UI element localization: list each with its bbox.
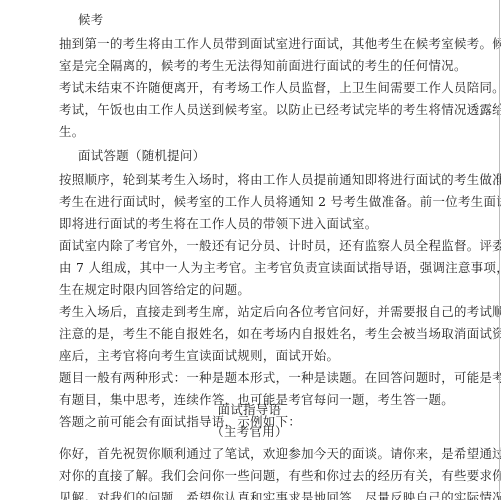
text-line: 考生在进行面试时，候考室的工作人员将通知 2 号考生做准备。前一位考生面试完毕之… <box>59 194 501 210</box>
text-line: 你好，首先祝贺你顺利通过了笔试，欢迎参加今天的面谈。请你来，是希望通过交谈，增进 <box>59 446 501 462</box>
text-line: 室是完全隔离的，候考的考生无法得知前面进行面试的考生的任何情况。 <box>59 58 467 74</box>
text-line: 即将进行面试的考生将在工作人员的带领下进入面试室。 <box>59 216 378 232</box>
text-line: 见解。对我们的问题，希望你认真和实事求是地回答，尽量反映自己的实际情况、真实想法… <box>59 490 501 500</box>
heading-interview: 面试答题（随机提问） <box>78 148 205 164</box>
text-line: 注意的是，考生不能自报姓名，如在考场内自报姓名，考生会被当场取消面试资格。考生落 <box>59 326 501 342</box>
text-line: 题目一般有两种形式：一种是题本形式，一种是读题。在回答问题时，可能是考生先看完所 <box>59 370 501 386</box>
text-line: 考试未结束不许随便离开，有考场工作人员监督，上卫生间需要工作人员陪同。如排在下午 <box>59 80 501 96</box>
text-line: 考试，午饭也由工作人员送到候考室。以防止已经考试完毕的考生将情况透露给未考试的考 <box>59 102 501 118</box>
text-line: 生在规定时限内回答给定的问题。 <box>59 282 250 298</box>
text-line: 生。 <box>59 124 84 140</box>
guide-subtitle: （主考官用） <box>0 424 499 440</box>
text-line: 由 7 人组成，其中一人为主考官。主考官负责宣读面试指导语，强调注意事项，提问等… <box>59 260 501 276</box>
text-line: 座后，主考官将向考生宣读面试规则，面试开始。 <box>59 348 339 364</box>
text-line: 考生入场后，直接走到考生席，站定后向各位考官问好，并需要报自己的考试顺序号，特别 <box>59 304 501 320</box>
heading-waiting: 候考 <box>78 12 103 28</box>
guide-title: 面试指导语 <box>0 402 499 418</box>
document-page: 候考 抽到第一的考生将由工作人员带到面试室进行面试，其他考生在候考室候考。候考室… <box>0 0 499 500</box>
text-line: 面试室内除了考官外，一般还有记分员、计时员，还有监察人员全程监督。评委一般情况下 <box>59 238 501 254</box>
text-line: 对你的直接了解。我们会问你一些问题，有些和你过去的经历有关，有些要求你发表自己的 <box>59 468 501 484</box>
text-line: 抽到第一的考生将由工作人员带到面试室进行面试，其他考生在候考室候考。候考室和面试 <box>59 36 501 52</box>
text-line: 按照顺序，轮到某考生入场时，将由工作人员提前通知即将进行面试的考生做准备。即 1… <box>59 172 501 188</box>
page-edge-divider <box>499 0 500 500</box>
